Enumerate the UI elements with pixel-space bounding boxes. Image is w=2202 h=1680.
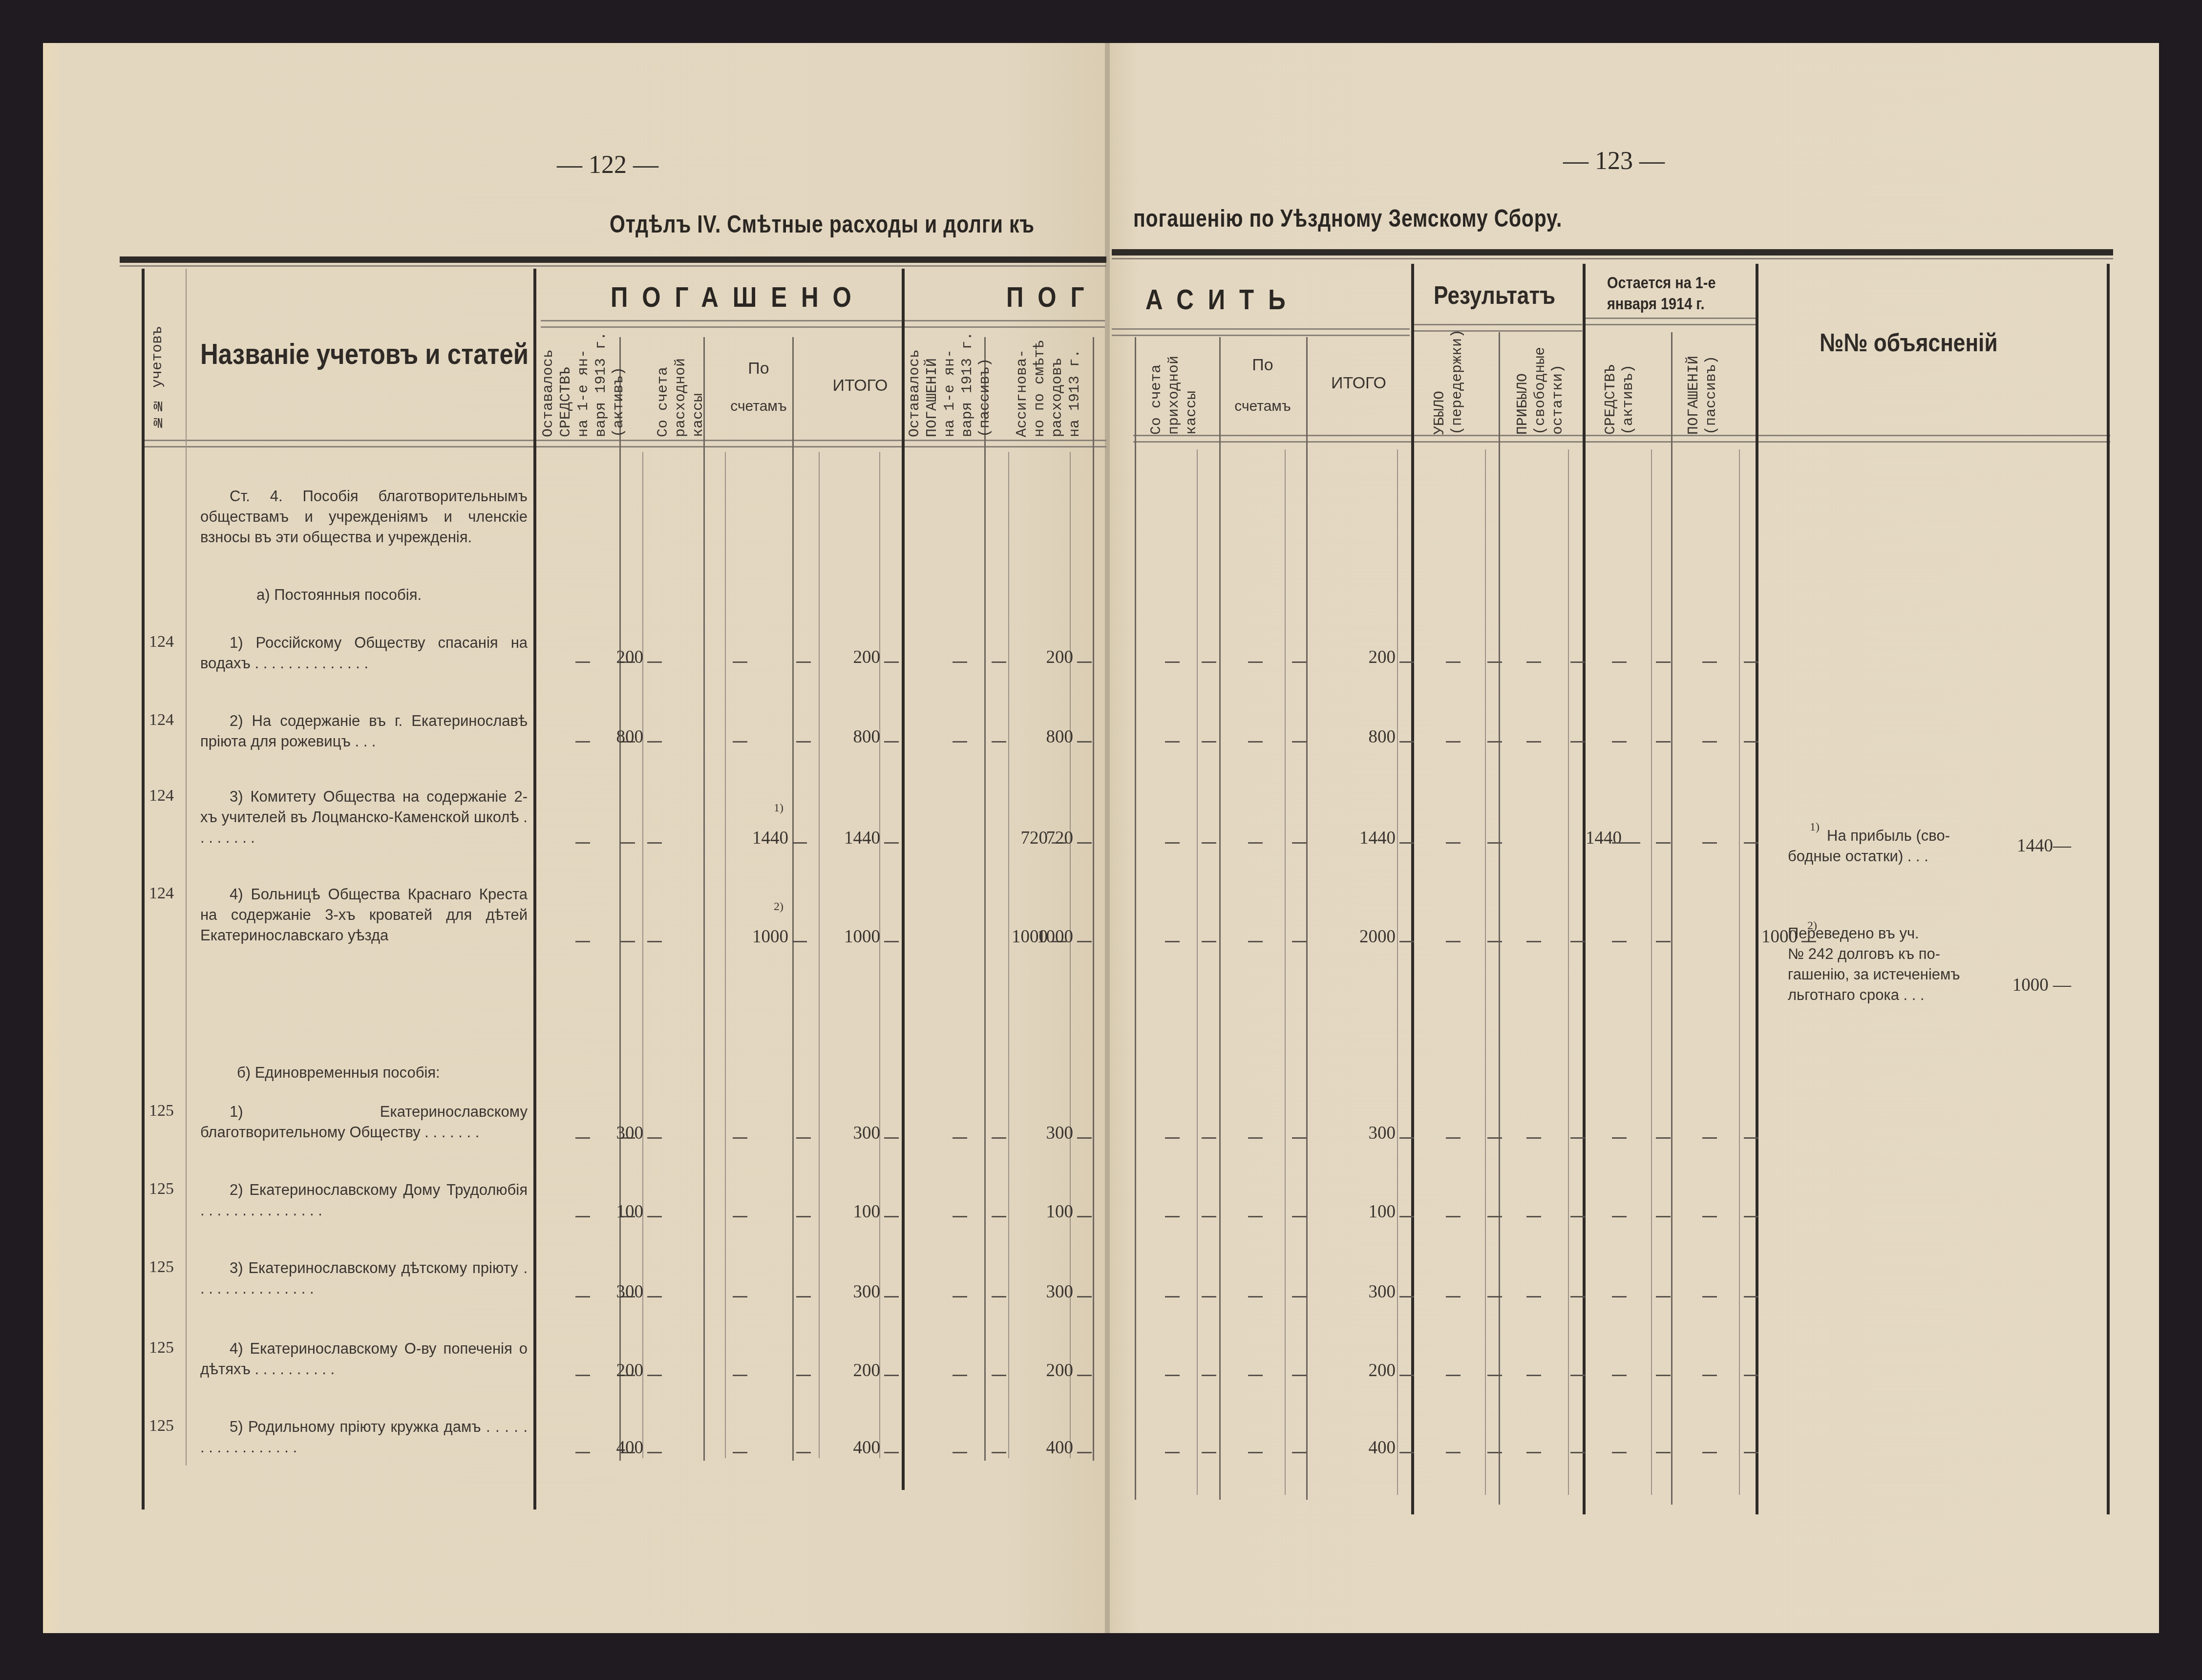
- empty-dash: [1165, 1375, 1180, 1376]
- empty-dash: [1526, 661, 1541, 663]
- empty-dash: [1612, 842, 1627, 844]
- empty-dash: [575, 842, 590, 844]
- header-group-result: Результатъ: [1434, 281, 1555, 310]
- col-divider-3b: [819, 452, 820, 1458]
- empty-dash: [575, 661, 590, 663]
- cell-value: 800: [817, 726, 880, 747]
- kopeck-dash: [1077, 661, 1092, 663]
- header-assignovano: Ассигнова- но по смѣтѣ расходовъ на 1913…: [1014, 332, 1084, 437]
- col-divider-r6b: [1651, 449, 1652, 1495]
- empty-dash: [992, 1216, 1006, 1217]
- empty-dash: [992, 741, 1006, 743]
- empty-dash: [1656, 842, 1671, 844]
- col-divider-r5b: [1568, 449, 1569, 1495]
- cell-value: 1000: [817, 926, 880, 947]
- empty-dash: [1526, 941, 1541, 942]
- note-1-text: На прибыль (сво- бодные остатки) . . .: [1788, 826, 1950, 867]
- empty-dash: [1165, 661, 1180, 663]
- col-divider-r3: [1306, 337, 1308, 1500]
- empty-dash: [1656, 1452, 1671, 1453]
- empty-dash: [1446, 1375, 1461, 1376]
- col-divider-r7b: [1739, 449, 1740, 1495]
- kopeck-dash: [647, 1216, 662, 1217]
- empty-dash: [1202, 661, 1216, 663]
- empty-dash: [1656, 1375, 1671, 1376]
- empty-dash: [992, 661, 1006, 663]
- row-name: 2) На содержаніе въ г. Екатеринославѣ пр…: [200, 711, 528, 752]
- empty-dash: [796, 661, 811, 663]
- empty-dash: [1202, 1216, 1216, 1217]
- cell-value: 300: [817, 1123, 880, 1144]
- empty-dash: [1202, 941, 1216, 942]
- empty-dash: [1612, 1452, 1627, 1453]
- empty-dash: [1202, 1452, 1216, 1453]
- group-rule-left: [541, 320, 1105, 328]
- cell-value: 200: [817, 1360, 880, 1381]
- row-name: 1) Россійскому Обществу спасанія на вода…: [200, 633, 528, 674]
- empty-dash: [1702, 1296, 1717, 1297]
- empty-dash: [1744, 1137, 1758, 1139]
- empty-dash: [1744, 1375, 1758, 1376]
- col-divider-r3b: [1397, 449, 1398, 1495]
- row-name: 5) Родильному пріюту кружка дамъ . . . .…: [200, 1417, 528, 1458]
- empty-dash: [1656, 1296, 1671, 1297]
- col-divider-r2b: [1285, 449, 1286, 1495]
- empty-dash: [796, 1296, 811, 1297]
- empty-dash: [1526, 1375, 1541, 1376]
- row-number: 125: [149, 1258, 174, 1276]
- kopeck-dash: [1399, 941, 1414, 942]
- note-1-amount: 1440—: [1993, 835, 2071, 856]
- section-heading: Ст. 4. Пособія благотворительнымъ общест…: [200, 486, 528, 548]
- kopeck-dash: [647, 741, 662, 743]
- kopeck-dash: [884, 661, 899, 663]
- empty-dash: [1446, 661, 1461, 663]
- kopeck-dash: [884, 1216, 899, 1217]
- cell-value: 1440: [1332, 828, 1396, 849]
- cell-value: 800: [1332, 726, 1396, 747]
- col-divider-remains-end: [1756, 264, 1758, 1514]
- empty-dash: [1165, 741, 1180, 743]
- col-divider-r2: [1219, 337, 1221, 1500]
- col-divider-r1: [1135, 337, 1136, 1500]
- kopeck-dash: [647, 1137, 662, 1139]
- empty-dash: [1292, 1375, 1307, 1376]
- empty-dash: [1702, 1137, 1717, 1139]
- empty-dash: [1744, 1216, 1758, 1217]
- cell-value: 720: [1010, 828, 1073, 849]
- page-number-left: — 122 —: [557, 150, 658, 179]
- kopeck-dash: [884, 1375, 899, 1376]
- row-number: 125: [149, 1180, 174, 1198]
- empty-dash: [1570, 741, 1585, 743]
- empty-dash: [1612, 1375, 1627, 1376]
- kopeck-dash: [1077, 842, 1092, 844]
- cell-value: 2000: [1332, 926, 1396, 947]
- col-divider-r6: [1671, 332, 1673, 1505]
- empty-dash: [1612, 1296, 1627, 1297]
- empty-dash: [1202, 1375, 1216, 1376]
- note-2-amount: 1000 —: [1993, 975, 2071, 996]
- empty-dash: [796, 1452, 811, 1453]
- header-ost-sredstv: СРЕДСТВЪ (активъ): [1602, 327, 1637, 435]
- empty-dash: [953, 1296, 967, 1297]
- empty-dash: [1292, 1452, 1307, 1453]
- empty-dash: [1612, 661, 1627, 663]
- cell-value: 300: [1010, 1281, 1073, 1302]
- empty-dash: [1487, 1375, 1502, 1376]
- empty-dash: [953, 661, 967, 663]
- empty-dash: [1248, 1137, 1263, 1139]
- empty-dash: [1248, 842, 1263, 844]
- empty-dash: [620, 941, 635, 942]
- kopeck-dash: [1399, 1375, 1414, 1376]
- kopeck-dash: [884, 741, 899, 743]
- col-divider-r4: [1499, 332, 1500, 1505]
- kopeck-dash: [647, 1375, 662, 1376]
- empty-dash: [575, 1375, 590, 1376]
- header-itogo-pogasit: ИТОГО: [1306, 374, 1411, 393]
- empty-dash: [953, 741, 967, 743]
- cell-value: 1440: [1558, 828, 1622, 849]
- cell-value: 100: [590, 1201, 643, 1222]
- top-rule-right-thin: [1112, 258, 2113, 259]
- cell-value: 800: [590, 726, 643, 747]
- col-divider-5b: [1008, 452, 1009, 1458]
- cell-value: 100: [1332, 1201, 1396, 1222]
- kopeck-dash: [792, 941, 807, 942]
- empty-dash: [1165, 1296, 1180, 1297]
- kopeck-dash: [1399, 661, 1414, 663]
- empty-dash: [1248, 1296, 1263, 1297]
- empty-dash: [575, 1452, 590, 1453]
- empty-dash: [953, 1137, 967, 1139]
- empty-dash: [992, 1296, 1006, 1297]
- empty-dash: [1202, 1296, 1216, 1297]
- empty-dash: [1744, 741, 1758, 743]
- kopeck-dash: [1077, 1375, 1092, 1376]
- empty-dash: [992, 1452, 1006, 1453]
- page-title-left: Отдѣлъ IV. Смѣтные расходы и долги къ: [610, 210, 1035, 238]
- cell-value: 400: [590, 1437, 643, 1458]
- cell-value: 400: [817, 1437, 880, 1458]
- empty-dash: [1446, 1137, 1461, 1139]
- empty-dash: [1702, 741, 1717, 743]
- row-number: 124: [149, 633, 174, 651]
- empty-dash: [1570, 941, 1585, 942]
- empty-dash: [1248, 1375, 1263, 1376]
- empty-dash: [1487, 1452, 1502, 1453]
- kopeck-dash: [647, 1296, 662, 1297]
- kopeck-dash: [1399, 1137, 1414, 1139]
- col-divider-pogasit-end: [1411, 264, 1414, 1514]
- header-bottom-rule-right: [1133, 435, 2110, 443]
- empty-dash: [1248, 1452, 1263, 1453]
- col-divider-4b: [879, 452, 880, 1458]
- header-group-remains-line1: Остается на 1-е: [1607, 274, 1716, 293]
- header-group-pogasheno: ПОГАШЕНО: [611, 281, 866, 314]
- col-divider-result-end: [1583, 264, 1586, 1514]
- col-divider-3: [792, 337, 794, 1461]
- empty-dash: [1570, 1137, 1585, 1139]
- header-so-scheta-prikhodnoy: Со счета приходной кассы: [1148, 337, 1201, 435]
- empty-dash: [1570, 1296, 1585, 1297]
- header-so-scheta-raskhodnoy: Со счета расходной кассы: [655, 332, 707, 437]
- empty-dash: [1487, 941, 1502, 942]
- kopeck-dash: [792, 842, 807, 844]
- cell-value: 300: [1332, 1281, 1396, 1302]
- empty-dash: [1248, 941, 1263, 942]
- empty-dash: [1702, 1216, 1717, 1217]
- empty-dash: [1744, 661, 1758, 663]
- empty-dash: [1292, 1137, 1307, 1139]
- table-border-left: [142, 269, 145, 1510]
- cell-value: 100: [817, 1201, 880, 1222]
- empty-dash: [1656, 661, 1671, 663]
- col-divider-pogasheno-end: [902, 269, 905, 1490]
- kopeck-dash: [884, 1137, 899, 1139]
- empty-dash: [1702, 1452, 1717, 1453]
- empty-dash: [1248, 1216, 1263, 1217]
- empty-dash: [1526, 1452, 1541, 1453]
- kopeck-dash: [1077, 941, 1092, 942]
- header-po-line1-right: По: [1219, 356, 1306, 375]
- empty-dash: [1446, 1452, 1461, 1453]
- col-divider-6: [1093, 337, 1094, 1461]
- kopeck-dash: [1077, 1137, 1092, 1139]
- header-itogo-pogasheno: ИТОГО: [819, 376, 902, 395]
- empty-dash: [1744, 1452, 1758, 1453]
- cell-value: 200: [590, 647, 643, 668]
- empty-dash: [647, 941, 662, 942]
- empty-dash: [1292, 941, 1307, 942]
- header-po-line1: По: [725, 359, 792, 378]
- row-number: 125: [149, 1417, 174, 1435]
- cell-value: 800: [1010, 726, 1073, 747]
- empty-dash: [1487, 741, 1502, 743]
- empty-dash: [1656, 941, 1671, 942]
- empty-dash: [1292, 741, 1307, 743]
- row-number: 125: [149, 1339, 174, 1357]
- col-divider-6b: [1070, 452, 1071, 1458]
- empty-dash: [733, 1375, 747, 1376]
- empty-dash: [1248, 661, 1263, 663]
- empty-dash: [733, 1296, 747, 1297]
- empty-dash: [733, 741, 747, 743]
- header-schetam-line2: счетамъ: [725, 398, 792, 415]
- header-ostavalos-pogasheniy: Оставалось ПОГАШЕНІЙ на 1-е ян- варя 191…: [906, 332, 994, 437]
- header-schetam-line2-right: счетамъ: [1219, 398, 1306, 415]
- cell-value: 300: [590, 1281, 643, 1302]
- cell-value: 1000: [1010, 926, 1073, 947]
- empty-dash: [1656, 741, 1671, 743]
- group-rule-pogasit-right: [1112, 328, 1410, 336]
- empty-dash: [1202, 741, 1216, 743]
- empty-dash: [1656, 1137, 1671, 1139]
- row-name: 4) Больницѣ Общества Краснаго Креста на …: [200, 884, 528, 946]
- header-ost-pogasheniy: ПОГАШЕНІЙ (пассивъ): [1685, 327, 1720, 435]
- col-divider-2b: [725, 452, 726, 1458]
- empty-dash: [1487, 842, 1502, 844]
- header-ubylo: УБЫЛО (передержки): [1431, 327, 1466, 435]
- top-rule-right: [1112, 249, 2113, 255]
- empty-dash: [1165, 1137, 1180, 1139]
- header-group-pogasit-left: ПОГ: [1006, 281, 1098, 314]
- empty-dash: [1526, 741, 1541, 743]
- kopeck-dash: [647, 661, 662, 663]
- row-name: 3) Комитету Общества на содержаніе 2-хъ …: [200, 787, 528, 848]
- empty-dash: [733, 1216, 747, 1217]
- kopeck-dash: [1077, 741, 1092, 743]
- empty-dash: [796, 1216, 811, 1217]
- empty-dash: [796, 741, 811, 743]
- empty-dash: [1702, 1375, 1717, 1376]
- kopeck-dash: [1077, 1296, 1092, 1297]
- empty-dash: [1656, 1216, 1671, 1217]
- empty-dash: [1570, 661, 1585, 663]
- empty-dash: [620, 842, 635, 844]
- empty-dash: [1612, 1216, 1627, 1217]
- note-2-text: Переведено въ уч. № 242 долговъ къ по- г…: [1788, 923, 1960, 1005]
- kopeck-dash: [647, 1452, 662, 1453]
- row-name: 2) Екатеринославскому Дому Трудолюбія . …: [200, 1180, 528, 1221]
- header-col-explanations: №№ объясненій: [1820, 328, 1998, 358]
- empty-dash: [733, 1452, 747, 1453]
- empty-dash: [953, 1216, 967, 1217]
- header-ostavalos-sredstv: Оставалось СРЕДСТВЪ на 1-е ян- варя 1913…: [540, 332, 628, 437]
- col-divider-2: [703, 337, 705, 1461]
- empty-dash: [1612, 941, 1627, 942]
- subsection-a: а) Постоянныя пособія.: [256, 586, 422, 604]
- empty-dash: [1744, 842, 1758, 844]
- empty-dash: [1292, 661, 1307, 663]
- top-rule-left-thin: [120, 265, 1106, 267]
- empty-dash: [992, 1375, 1006, 1376]
- cell-value: 1440: [725, 828, 788, 849]
- table-border-right: [2107, 264, 2110, 1514]
- empty-dash: [1744, 1296, 1758, 1297]
- footnote-marker: 2): [774, 900, 783, 914]
- header-group-remains-line2: января 1914 г.: [1607, 295, 1704, 314]
- cell-value: 400: [1332, 1437, 1396, 1458]
- empty-dash: [1702, 842, 1717, 844]
- empty-dash: [1487, 1296, 1502, 1297]
- empty-dash: [992, 1137, 1006, 1139]
- kopeck-dash: [1399, 741, 1414, 743]
- cell-value: 100: [1010, 1201, 1073, 1222]
- empty-dash: [1487, 1216, 1502, 1217]
- row-number: 124: [149, 787, 174, 805]
- empty-dash: [575, 941, 590, 942]
- empty-dash: [1446, 1216, 1461, 1217]
- empty-dash: [1570, 1216, 1585, 1217]
- page-number-right: — 123 —: [1563, 147, 1665, 175]
- empty-dash: [1292, 1296, 1307, 1297]
- empty-dash: [1526, 1137, 1541, 1139]
- empty-dash: [1248, 741, 1263, 743]
- empty-dash: [1702, 661, 1717, 663]
- empty-dash: [953, 1452, 967, 1453]
- header-bottom-rule-left: [142, 440, 1106, 447]
- empty-dash: [1165, 1216, 1180, 1217]
- kopeck-dash: [1399, 1216, 1414, 1217]
- cell-value: 1440: [817, 828, 880, 849]
- cell-value: 200: [1332, 647, 1396, 668]
- empty-dash: [1570, 1375, 1585, 1376]
- empty-dash: [1292, 842, 1307, 844]
- cell-value: 200: [1332, 1360, 1396, 1381]
- row-number: 124: [149, 711, 174, 729]
- empty-dash: [953, 1375, 967, 1376]
- header-col-name: Названіе учетовъ и статей: [200, 337, 529, 371]
- cell-value: 300: [590, 1123, 643, 1144]
- empty-dash: [1165, 1452, 1180, 1453]
- cell-value: 300: [1010, 1123, 1073, 1144]
- col-divider-name: [533, 269, 536, 1510]
- group-rule-remains: [1583, 318, 1756, 325]
- empty-dash: [796, 1137, 811, 1139]
- top-rule-left: [120, 256, 1106, 263]
- empty-dash: [1526, 1216, 1541, 1217]
- row-number: 124: [149, 884, 174, 903]
- page-title-right: погашенію по Уѣздному Земскому Сбору.: [1133, 204, 1562, 233]
- kopeck-dash: [1399, 842, 1414, 844]
- col-divider-1b: [642, 452, 643, 1458]
- empty-dash: [1446, 941, 1461, 942]
- footnote-marker: 1): [774, 802, 783, 815]
- row-name: 1) Екатеринославскому благотворительному…: [200, 1102, 528, 1143]
- empty-dash: [1570, 1452, 1585, 1453]
- kopeck-dash: [1626, 842, 1640, 844]
- empty-dash: [1612, 741, 1627, 743]
- kopeck-dash: [884, 1296, 899, 1297]
- empty-dash: [733, 661, 747, 663]
- header-group-pogasit-right: АСИТЬ: [1145, 283, 1299, 316]
- kopeck-dash: [1077, 1216, 1092, 1217]
- empty-dash: [1165, 941, 1180, 942]
- subsection-b: б) Единовременныя пособія:: [237, 1064, 440, 1082]
- header-col-no: №№ учетовъ: [149, 313, 167, 430]
- header-pribylo: ПРИБЫЛО (свободные остатки): [1514, 327, 1567, 435]
- kopeck-dash: [884, 842, 899, 844]
- kopeck-dash: [884, 1452, 899, 1453]
- cell-value: 200: [1010, 1360, 1073, 1381]
- col-divider-no: [186, 269, 187, 1466]
- empty-dash: [1446, 741, 1461, 743]
- row-name: 3) Екатеринославскому дѣтскому пріюту . …: [200, 1258, 528, 1299]
- empty-dash: [1446, 1296, 1461, 1297]
- book-gutter: [1105, 43, 1110, 1633]
- empty-dash: [1292, 1216, 1307, 1217]
- empty-dash: [1202, 842, 1216, 844]
- empty-dash: [1612, 1137, 1627, 1139]
- kopeck-dash: [1399, 1452, 1414, 1453]
- kopeck-dash: [884, 941, 899, 942]
- empty-dash: [1526, 1296, 1541, 1297]
- empty-dash: [1202, 1137, 1216, 1139]
- empty-dash: [575, 1216, 590, 1217]
- cell-value: 300: [817, 1281, 880, 1302]
- row-name: 4) Екатеринославскому О-ву попеченія о д…: [200, 1339, 528, 1380]
- col-divider-5: [984, 337, 986, 1461]
- cell-value: 300: [1332, 1123, 1396, 1144]
- col-divider-r4b: [1485, 449, 1486, 1495]
- empty-dash: [733, 1137, 747, 1139]
- empty-dash: [1487, 661, 1502, 663]
- cell-value: 400: [1010, 1437, 1073, 1458]
- kopeck-dash: [1399, 1296, 1414, 1297]
- empty-dash: [1446, 842, 1461, 844]
